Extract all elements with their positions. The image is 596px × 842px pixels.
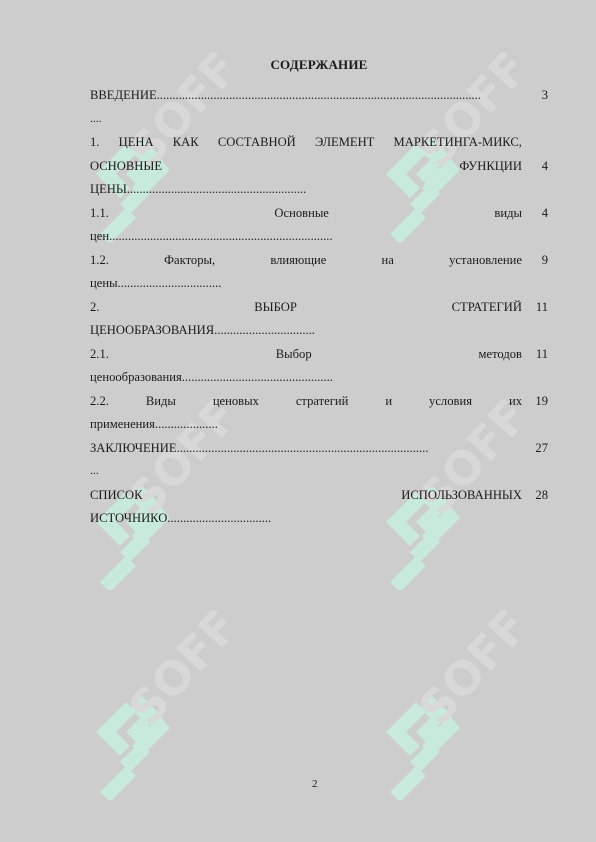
toc-word: 2. [90,296,99,320]
toc-page-number: 4 [528,155,548,179]
toc-entry: 1.2.Факторы,влияющиенаустановлениецены..… [90,249,548,296]
toc-line: .... [90,108,522,132]
toc-entry: 2.2.Видыценовыхстратегийиусловияихпримен… [90,390,548,437]
toc-word: ценообразования.........................… [90,370,333,384]
toc-entry: 1.ЦЕНАКАКСОСТАВНОЙЭЛЕМЕНТМАРКЕТИНГА-МИКС… [90,131,548,202]
toc-word: ЦЕНООБРАЗОВАНИЯ.........................… [90,323,315,337]
toc-line: ВВЕДЕНИЕ................................… [90,84,522,108]
toc-line: 2.1.Выборметодов [90,343,522,367]
toc-line: ИСТОЧНИКО...............................… [90,507,522,531]
toc-entry: ВВЕДЕНИЕ................................… [90,84,548,131]
toc-entry: 2.1.Выборметодовценообразования.........… [90,343,548,390]
toc-word: на [382,249,394,273]
toc-line: 2.2.Видыценовыхстратегийиусловияих [90,390,522,414]
toc-entry-text: 2.1.Выборметодовценообразования.........… [90,343,522,390]
toc-entry-text: ВВЕДЕНИЕ................................… [90,84,522,131]
toc-word: Выбор [276,343,312,367]
toc-word: КАК [173,131,199,155]
toc-word: ОСНОВНЫЕ [90,155,162,179]
toc-page-number: 4 [528,202,548,226]
toc-line: ОСНОВНЫЕФУНКЦИИ [90,155,522,179]
toc-entry-text: 1.2.Факторы,влияющиенаустановлениецены..… [90,249,522,296]
toc-word: цены................................. [90,276,221,290]
toc-entry-text: ЗАКЛЮЧЕНИЕ..............................… [90,437,522,484]
toc-word: и [385,390,392,414]
toc-line: 2.ВЫБОРСТРАТЕГИЙ [90,296,522,320]
toc-word: СОСТАВНОЙ [218,131,296,155]
toc-entry: СПИСОКИСПОЛЬЗОВАННЫХИСТОЧНИКО...........… [90,484,548,531]
toc-word: ЦЕНЫ....................................… [90,182,306,196]
toc-word: цен.....................................… [90,229,333,243]
toc-line: 1.2.Факторы,влияющиенаустановление [90,249,522,273]
toc-word: СТРАТЕГИЙ [452,296,522,320]
toc-line: СПИСОКИСПОЛЬЗОВАННЫХ [90,484,522,508]
toc-line: 1.ЦЕНАКАКСОСТАВНОЙЭЛЕМЕНТМАРКЕТИНГА-МИКС… [90,131,522,155]
toc-word: виды [494,202,522,226]
toc-page-number: 3 [528,84,548,108]
toc-word: 1.1. [90,202,109,226]
toc-word: стратегий [296,390,349,414]
table-of-contents: ВВЕДЕНИЕ................................… [90,84,548,531]
page-number: 2 [312,778,318,790]
toc-line: цен.....................................… [90,225,522,249]
toc-entry: ЗАКЛЮЧЕНИЕ..............................… [90,437,548,484]
soff-watermark: SOFF [78,610,248,800]
toc-word: применения.................... [90,417,218,431]
toc-word: Факторы, [164,249,215,273]
toc-word: ИСПОЛЬЗОВАННЫХ [401,484,522,508]
toc-line: 1.1.Основныевиды [90,202,522,226]
toc-page-number: 11 [528,296,548,320]
toc-word: ценовых [213,390,259,414]
toc-line: применения.................... [90,413,522,437]
toc-page-number: 28 [528,484,548,508]
toc-word: 1. [90,131,99,155]
toc-word: 2.2. [90,390,109,414]
toc-word: ЗАКЛЮЧЕНИЕ..............................… [90,441,428,455]
toc-word: ИСТОЧНИКО...............................… [90,511,271,525]
toc-entry-text: 2.2.Видыценовыхстратегийиусловияихпримен… [90,390,522,437]
toc-line: цены................................. [90,272,522,296]
toc-word: Основные [274,202,328,226]
soff-logo-icon: SOFF [78,610,248,800]
toc-page-number: 11 [528,343,548,367]
toc-entry: 1.1.Основныевидыцен.....................… [90,202,548,249]
toc-page-number: 19 [528,390,548,414]
toc-line: ЦЕНЫ....................................… [90,178,522,202]
toc-line: ЗАКЛЮЧЕНИЕ..............................… [90,437,522,461]
toc-entry-text: 1.1.Основныевидыцен.....................… [90,202,522,249]
toc-word: ... [90,465,99,477]
toc-word: Виды [146,390,176,414]
soff-logo-icon: SOFF [368,610,538,800]
toc-line: ... [90,460,522,484]
toc-page-number: 27 [528,437,548,461]
watermark-text: SOFF [408,610,538,735]
toc-word: ВВЕДЕНИЕ................................… [90,88,481,102]
toc-page-number: 9 [528,249,548,273]
toc-line: ЦЕНООБРАЗОВАНИЯ.........................… [90,319,522,343]
watermark-text: SOFF [118,610,248,735]
toc-word: влияющие [270,249,326,273]
toc-entry-text: СПИСОКИСПОЛЬЗОВАННЫХИСТОЧНИКО...........… [90,484,522,531]
toc-entry-text: 2.ВЫБОРСТРАТЕГИЙЦЕНООБРАЗОВАНИЯ.........… [90,296,522,343]
toc-word: .... [90,113,102,125]
toc-word: ФУНКЦИИ [459,155,522,179]
toc-word: методов [479,343,522,367]
page-title: СОДЕРЖАНИЕ [0,57,596,73]
toc-entry: 2.ВЫБОРСТРАТЕГИЙЦЕНООБРАЗОВАНИЯ.........… [90,296,548,343]
toc-word: СПИСОК [90,484,142,508]
toc-entry-text: 1.ЦЕНАКАКСОСТАВНОЙЭЛЕМЕНТМАРКЕТИНГА-МИКС… [90,131,522,202]
toc-word: ЦЕНА [119,131,154,155]
toc-line: ценообразования.........................… [90,366,522,390]
toc-word: ЭЛЕМЕНТ [315,131,374,155]
toc-word: 2.1. [90,343,109,367]
soff-watermark: SOFF [368,610,538,800]
toc-word: условия [429,390,472,414]
toc-word: 1.2. [90,249,109,273]
toc-word: МАРКЕТИНГА-МИКС, [394,131,522,155]
toc-word: ВЫБОР [254,296,297,320]
toc-word: их [509,390,522,414]
toc-word: установление [449,249,522,273]
